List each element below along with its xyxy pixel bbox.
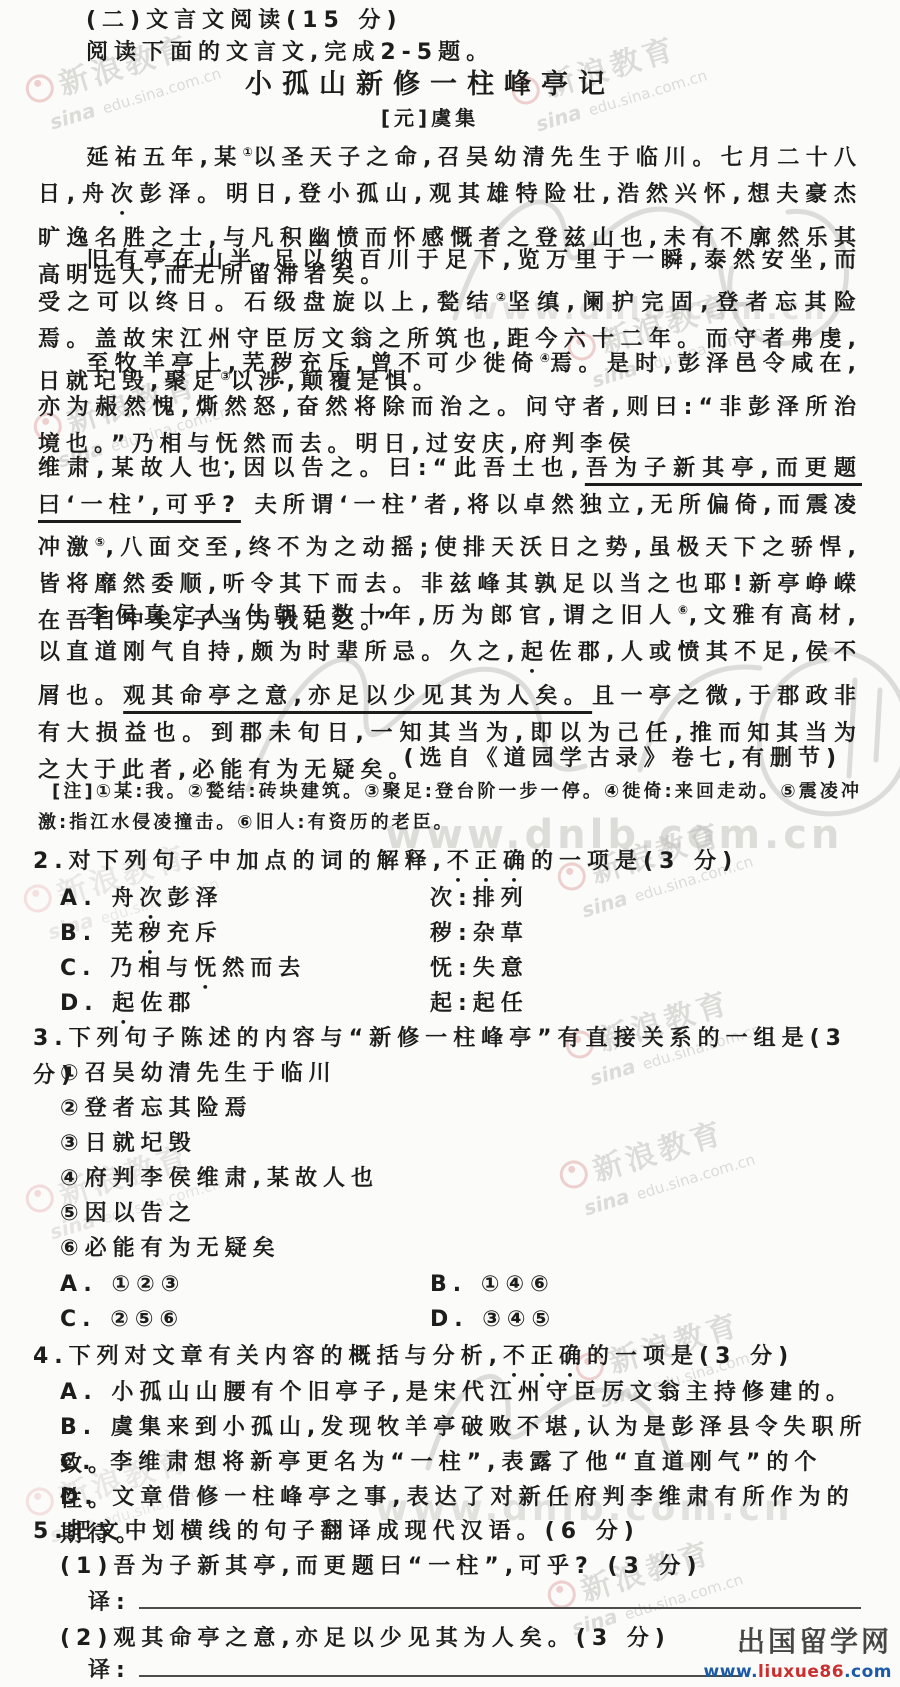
question-3-item-4: ④府判李侯维肃,某故人也 [60, 1160, 870, 1197]
option-phrase: 起佐郡 [112, 991, 196, 1016]
option-label: A. [60, 886, 98, 911]
option-gloss: 秽:杂草 [430, 915, 529, 952]
translation-label: 译: [88, 1590, 131, 1615]
answer-blank-line [139, 1587, 861, 1609]
option-gloss: 次:排列 [430, 880, 529, 917]
option-phrase: 芜秽充斥 [111, 921, 223, 946]
translation-row-1: 译: [88, 1584, 878, 1621]
exam-page: www.dnlb.com.cn www.dnlb.com.cn www.dnlb… [0, 0, 900, 1687]
question-5-sub-1: (1)吾为子新其亭,而更题曰“一柱”,可乎? (3 分) [60, 1548, 870, 1585]
question-3-item-6: ⑥必能有为无疑矣 [60, 1230, 870, 1267]
article-author: [元]虞集 [0, 102, 860, 131]
option-label: D. [60, 991, 99, 1016]
question-3-item-3: ③日就圮毁 [60, 1125, 870, 1162]
source-attribution: (选自《道园学古录》卷七,有删节) [38, 740, 862, 777]
option-label: C. [60, 956, 97, 981]
question-4-option-a: A. 小孤山山腰有个旧亭子,是宋代江州守臣厉文翁主持修建的。 [60, 1374, 870, 1411]
question-3-item-1: ①召吴幼清先生于临川 [60, 1055, 870, 1092]
option-phrase: 舟次彭泽 [111, 886, 223, 911]
option-gloss: 怃:失意 [430, 950, 529, 987]
site-name: 出国留学网 [704, 1620, 892, 1660]
question-5-stem: 5.把文中划横线的句子翻译成现代汉语。(6 分) [33, 1513, 873, 1550]
question-3-option-d: D. ③④⑤ [430, 1301, 556, 1338]
question-3-option-c: C. ②⑤⑥ D. ③④⑤ [60, 1301, 870, 1338]
site-logo: 出国留学网 www.liuxue86.com [704, 1620, 892, 1682]
question-3-option-b: B. ①④⑥ [430, 1266, 555, 1303]
answer-blank-line [139, 1655, 739, 1677]
option-phrase: 乃相与怃然而去 [110, 956, 306, 981]
question-3-item-5: ⑤因以告之 [60, 1195, 870, 1232]
sina-logo-icon [22, 1181, 57, 1216]
question-3-option-a: A. ①②③ B. ①④⑥ [60, 1266, 870, 1303]
site-url: www.liuxue86.com [704, 1662, 892, 1682]
option-gloss: 起:起任 [430, 985, 529, 1022]
translation-label: 译: [88, 1658, 131, 1683]
option-label: B. [60, 921, 97, 946]
question-3-item-2: ②登者忘其险焉 [60, 1090, 870, 1127]
article-title: 小孤山新修一柱峰亭记 [0, 62, 860, 101]
footnotes: [注]①某:我。②甃结:砖块建筑。③聚足:登台阶一步一停。④徙倚:来回走动。⑤震… [38, 776, 862, 838]
